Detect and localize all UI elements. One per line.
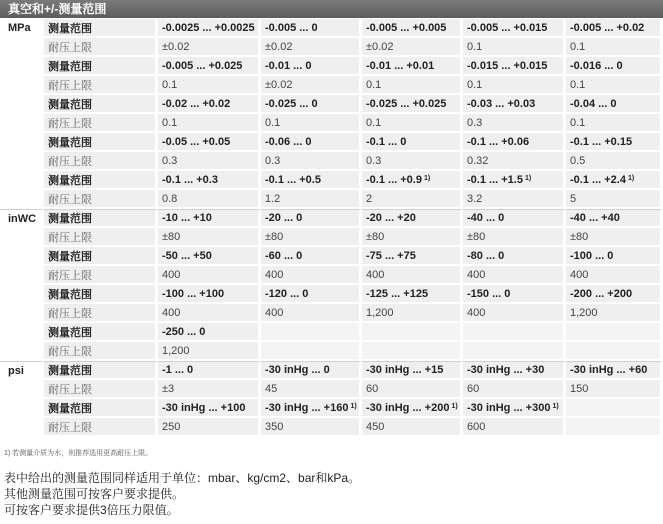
cell-text: -60 ... 0 — [265, 250, 302, 262]
cell-text: 0.3 — [366, 155, 381, 167]
range-label: 测量范围 — [44, 19, 158, 38]
table-row: inWC测量范围-10 ... +10-20 ... 0-20 ... +20-… — [0, 209, 663, 228]
cell-text: 60 — [366, 383, 378, 395]
limit-value: 1.2 — [261, 190, 362, 209]
range-value: -40 ... +40 — [566, 209, 663, 228]
limit-value — [261, 342, 362, 361]
limit-value: 60 — [362, 380, 463, 399]
cell-text: ±80 — [570, 231, 588, 243]
cell-text: 600 — [467, 421, 485, 433]
limit-value: 1,200 — [566, 304, 663, 323]
range-value: -0.1 ... +0.5 — [261, 171, 362, 190]
limit-value: 400 — [566, 266, 663, 285]
cell-text: -0.005 ... +0.015 — [467, 22, 547, 34]
cell-text: 0.8 — [162, 193, 177, 205]
table-row: 测量范围-0.02 ... +0.02-0.025 ... 0-0.025 ..… — [0, 95, 663, 114]
range-value: -30 inHg ... 0 — [261, 361, 362, 380]
range-label: 测量范围 — [44, 285, 158, 304]
range-value: -20 ... +20 — [362, 209, 463, 228]
cell-text: ±80 — [265, 231, 283, 243]
range-label: 测量范围 — [44, 361, 158, 380]
range-value: -0.005 ... +0.025 — [158, 57, 261, 76]
cell-text: -0.05 ... +0.05 — [162, 136, 230, 148]
cell-text: 2 — [366, 193, 372, 205]
cell-text: -0.1 ... 0 — [366, 136, 406, 148]
cell-text: -0.06 ... 0 — [265, 136, 311, 148]
range-value: -0.05 ... +0.05 — [158, 133, 261, 152]
note-line: 其他测量范围可按客户要求提供。 — [4, 486, 360, 502]
limit-label: 耐压上限 — [44, 228, 158, 247]
cell-text: 5 — [570, 193, 576, 205]
cell-text: -30 inHg ... +60 — [570, 364, 647, 376]
range-value: -0.025 ... +0.025 — [362, 95, 463, 114]
limit-value: 400 — [158, 304, 261, 323]
limit-label: 耐压上限 — [44, 266, 158, 285]
cell-text: -0.005 ... +0.025 — [162, 60, 242, 72]
cell-text: -0.04 ... 0 — [570, 98, 616, 110]
cell-text: ±0.02 — [366, 41, 393, 53]
range-label: 测量范围 — [44, 133, 158, 152]
range-value: -0.02 ... +0.02 — [158, 95, 261, 114]
range-label: 测量范围 — [44, 247, 158, 266]
limit-value: 1,200 — [362, 304, 463, 323]
cell-text: 150 — [570, 383, 588, 395]
table-title: 真空和+/-测量范围 — [0, 0, 663, 18]
range-value: -0.1 ... +0.91) — [362, 171, 463, 190]
range-value: -0.005 ... +0.02 — [566, 19, 663, 38]
footnote-marker: 1) — [628, 175, 634, 182]
cell-text: 400 — [467, 269, 485, 281]
cell-text: 250 — [162, 421, 180, 433]
table-row: 测量范围-0.1 ... +0.3-0.1 ... +0.5-0.1 ... +… — [0, 171, 663, 190]
cell-text: -0.015 ... +0.015 — [467, 60, 547, 72]
cell-text: -75 ... +75 — [366, 250, 416, 262]
range-value: -30 inHg ... +1601) — [261, 399, 362, 418]
cell-text: 0.1 — [570, 117, 585, 129]
cell-text: -100 ... +100 — [162, 288, 224, 300]
cell-text: ±80 — [467, 231, 485, 243]
range-value: -0.1 ... +0.06 — [463, 133, 566, 152]
cell-text: -80 ... 0 — [467, 250, 504, 262]
range-label: 测量范围 — [44, 171, 158, 190]
range-value: -0.1 ... +0.3 — [158, 171, 261, 190]
limit-value: 0.1 — [362, 76, 463, 95]
cell-text: -0.1 ... +0.5 — [265, 174, 321, 186]
limit-value: 0.1 — [566, 76, 663, 95]
footnote: 1) 若测量介质为水，则推荐选用更高耐压上限。 — [4, 448, 152, 458]
cell-text: 0.1 — [467, 41, 482, 53]
limit-value: ±0.02 — [261, 38, 362, 57]
cell-text: -150 ... 0 — [467, 288, 510, 300]
cell-text: -0.1 ... +0.9 — [366, 174, 422, 186]
cell-text: 1.2 — [265, 193, 280, 205]
limit-value: 0.8 — [158, 190, 261, 209]
cell-text: -0.005 ... +0.02 — [570, 22, 644, 34]
cell-text: ±0.02 — [162, 41, 189, 53]
limit-value: 45 — [261, 380, 362, 399]
limit-value: 0.32 — [463, 152, 566, 171]
cell-text: 400 — [162, 269, 180, 281]
range-value: -0.06 ... 0 — [261, 133, 362, 152]
unit-label: inWC — [0, 209, 44, 361]
range-value: -0.01 ... +0.01 — [362, 57, 463, 76]
limit-value — [362, 342, 463, 361]
limit-value: 3.2 — [463, 190, 566, 209]
limit-value: 0.1 — [158, 76, 261, 95]
cell-text: -125 ... +125 — [366, 288, 428, 300]
notes: 表中给出的测量范围同样适用于单位：mbar、kg/cm2、bar和kPa。 其他… — [4, 470, 360, 518]
cell-text: ±0.02 — [265, 41, 292, 53]
limit-value: 600 — [463, 418, 566, 437]
range-value: -40 ... 0 — [463, 209, 566, 228]
table-row: 测量范围-250 ... 0 — [0, 323, 663, 342]
cell-text: 0.3 — [467, 117, 482, 129]
cell-text: 400 — [366, 269, 384, 281]
cell-text: 0.1 — [570, 41, 585, 53]
cell-text: 0.1 — [162, 117, 177, 129]
cell-text: -30 inHg ... +200 — [366, 402, 449, 414]
table-row: 耐压上限250350450600 — [0, 418, 663, 437]
cell-text: -30 inHg ... +15 — [366, 364, 443, 376]
table-row: MPa测量范围-0.0025 ... +0.0025-0.005 ... 0-0… — [0, 19, 663, 38]
limit-value — [463, 342, 566, 361]
cell-text: 0.1 — [366, 79, 381, 91]
cell-text: -0.005 ... 0 — [265, 22, 318, 34]
cell-text: 0.32 — [467, 155, 488, 167]
limit-value: 400 — [463, 266, 566, 285]
cell-text: ±80 — [366, 231, 384, 243]
cell-text: -30 inHg ... +100 — [162, 402, 245, 414]
cell-text: -0.025 ... 0 — [265, 98, 318, 110]
limit-value: 1,200 — [158, 342, 261, 361]
limit-value: 400 — [362, 266, 463, 285]
limit-label: 耐压上限 — [44, 114, 158, 133]
range-value: -30 inHg ... +15 — [362, 361, 463, 380]
table-body: MPa测量范围-0.0025 ... +0.0025-0.005 ... 0-0… — [0, 19, 663, 437]
limit-value: 450 — [362, 418, 463, 437]
table-row: 耐压上限400400400400400 — [0, 266, 663, 285]
range-value: -30 inHg ... +100 — [158, 399, 261, 418]
limit-value: 350 — [261, 418, 362, 437]
cell-text: 45 — [265, 383, 277, 395]
cell-text: -40 ... +40 — [570, 212, 620, 224]
table-row: 耐压上限0.1±0.020.10.10.1 — [0, 76, 663, 95]
cell-text: -0.1 ... +0.06 — [467, 136, 529, 148]
limit-value: 0.5 — [566, 152, 663, 171]
note-line: 表中给出的测量范围同样适用于单位：mbar、kg/cm2、bar和kPa。 — [4, 470, 360, 486]
limit-value: ±80 — [566, 228, 663, 247]
cell-text: -0.01 ... +0.01 — [366, 60, 434, 72]
limit-value: 400 — [261, 266, 362, 285]
measurement-range-table: MPa测量范围-0.0025 ... +0.0025-0.005 ... 0-0… — [0, 19, 663, 437]
limit-label: 耐压上限 — [44, 190, 158, 209]
table-row: 测量范围-0.005 ... +0.025-0.01 ... 0-0.01 ..… — [0, 57, 663, 76]
cell-text: 1,200 — [162, 345, 190, 357]
cell-text: -0.1 ... +0.15 — [570, 136, 632, 148]
cell-text: 0.1 — [570, 79, 585, 91]
limit-value: 0.1 — [566, 114, 663, 133]
footnote-marker: 1) — [525, 175, 531, 182]
cell-text: -0.02 ... +0.02 — [162, 98, 230, 110]
limit-value: ±80 — [261, 228, 362, 247]
footnote-marker: 1) — [552, 403, 558, 410]
limit-value: ±0.02 — [362, 38, 463, 57]
range-value: -0.015 ... +0.015 — [463, 57, 566, 76]
cell-text: -50 ... +50 — [162, 250, 212, 262]
limit-label: 耐压上限 — [44, 342, 158, 361]
unit-label: MPa — [0, 19, 44, 209]
range-label: 测量范围 — [44, 57, 158, 76]
footnote-marker: 1) — [451, 403, 457, 410]
cell-text: -20 ... +20 — [366, 212, 416, 224]
limit-value: ±0.02 — [158, 38, 261, 57]
limit-value: 0.1 — [463, 76, 566, 95]
cell-text: -30 inHg ... +160 — [265, 402, 348, 414]
table-row: 测量范围-100 ... +100-120 ... 0-125 ... +125… — [0, 285, 663, 304]
range-value: -250 ... 0 — [158, 323, 261, 342]
range-label: 测量范围 — [44, 95, 158, 114]
note-line: 可按客户要求提供3倍压力限值。 — [4, 502, 360, 518]
range-value: -0.025 ... 0 — [261, 95, 362, 114]
cell-text: -0.01 ... 0 — [265, 60, 311, 72]
table-row: 耐压上限4004001,2004001,200 — [0, 304, 663, 323]
cell-text: 0.1 — [366, 117, 381, 129]
cell-text: -30 inHg ... +30 — [467, 364, 544, 376]
table-row: 耐压上限±80±80±80±80±80 — [0, 228, 663, 247]
cell-text: ±80 — [162, 231, 180, 243]
range-value — [463, 323, 566, 342]
limit-value: ±80 — [362, 228, 463, 247]
limit-value: ±3 — [158, 380, 261, 399]
cell-text: -30 inHg ... +300 — [467, 402, 550, 414]
table-row: 测量范围-30 inHg ... +100-30 inHg ... +1601)… — [0, 399, 663, 418]
cell-text: 0.1 — [265, 117, 280, 129]
cell-text: 0.3 — [265, 155, 280, 167]
cell-text: 400 — [467, 307, 485, 319]
limit-label: 耐压上限 — [44, 76, 158, 95]
range-value: -100 ... +100 — [158, 285, 261, 304]
range-value: -0.016 ... 0 — [566, 57, 663, 76]
range-value: -50 ... +50 — [158, 247, 261, 266]
cell-text: -0.1 ... +0.3 — [162, 174, 218, 186]
cell-text: -250 ... 0 — [162, 326, 205, 338]
range-value: -20 ... 0 — [261, 209, 362, 228]
table-row: 耐压上限±3456060150 — [0, 380, 663, 399]
range-label: 测量范围 — [44, 399, 158, 418]
cell-text: -40 ... 0 — [467, 212, 504, 224]
cell-text: -0.025 ... +0.025 — [366, 98, 446, 110]
table-row: 耐压上限0.81.223.25 — [0, 190, 663, 209]
range-value: -10 ... +10 — [158, 209, 261, 228]
limit-label: 耐压上限 — [44, 380, 158, 399]
cell-text: -1 ... 0 — [162, 364, 193, 376]
range-label: 测量范围 — [44, 209, 158, 228]
cell-text: 1,200 — [570, 307, 598, 319]
range-value — [261, 323, 362, 342]
range-value: -0.1 ... 0 — [362, 133, 463, 152]
range-value: -0.1 ... +0.15 — [566, 133, 663, 152]
range-value: -200 ... +200 — [566, 285, 663, 304]
limit-value — [566, 342, 663, 361]
cell-text: 1,200 — [366, 307, 394, 319]
range-value: -0.04 ... 0 — [566, 95, 663, 114]
range-value: -125 ... +125 — [362, 285, 463, 304]
limit-value: 0.3 — [158, 152, 261, 171]
cell-text: 400 — [265, 269, 283, 281]
range-value: -30 inHg ... +30 — [463, 361, 566, 380]
cell-text: -30 inHg ... 0 — [265, 364, 330, 376]
range-value: -30 inHg ... +60 — [566, 361, 663, 380]
limit-value: 60 — [463, 380, 566, 399]
table-row: 测量范围-50 ... +50-60 ... 0-75 ... +75-80 .… — [0, 247, 663, 266]
limit-value: 400 — [463, 304, 566, 323]
cell-text: 0.5 — [570, 155, 585, 167]
cell-text: -10 ... +10 — [162, 212, 212, 224]
limit-value: 0.1 — [158, 114, 261, 133]
cell-text: -0.005 ... +0.005 — [366, 22, 446, 34]
limit-label: 耐压上限 — [44, 38, 158, 57]
range-value — [566, 399, 663, 418]
cell-text: 0.3 — [162, 155, 177, 167]
limit-value: 0.1 — [261, 114, 362, 133]
cell-text: -0.1 ... +2.4 — [570, 174, 626, 186]
footnote-marker: 1) — [424, 175, 430, 182]
cell-text: 350 — [265, 421, 283, 433]
range-value: -30 inHg ... +2001) — [362, 399, 463, 418]
limit-value: 150 — [566, 380, 663, 399]
limit-value: 0.3 — [463, 114, 566, 133]
range-value: -1 ... 0 — [158, 361, 261, 380]
limit-value: 0.1 — [566, 38, 663, 57]
cell-text: ±3 — [162, 383, 174, 395]
range-value: -0.005 ... 0 — [261, 19, 362, 38]
limit-value: 0.3 — [362, 152, 463, 171]
unit-label: psi — [0, 361, 44, 437]
range-value: -0.1 ... +1.51) — [463, 171, 566, 190]
table-row: 测量范围-0.05 ... +0.05-0.06 ... 0-0.1 ... 0… — [0, 133, 663, 152]
range-value: -0.1 ... +2.41) — [566, 171, 663, 190]
range-value: -80 ... 0 — [463, 247, 566, 266]
range-value: -30 inHg ... +3001) — [463, 399, 566, 418]
table-row: 耐压上限1,200 — [0, 342, 663, 361]
cell-text: 0.1 — [162, 79, 177, 91]
range-value: -60 ... 0 — [261, 247, 362, 266]
cell-text: ±0.02 — [265, 79, 292, 91]
limit-value — [566, 418, 663, 437]
range-value: -0.03 ... +0.03 — [463, 95, 566, 114]
limit-value: 0.1 — [362, 114, 463, 133]
limit-label: 耐压上限 — [44, 418, 158, 437]
limit-value: 5 — [566, 190, 663, 209]
range-value: -0.005 ... +0.015 — [463, 19, 566, 38]
limit-value: ±80 — [463, 228, 566, 247]
limit-value: 400 — [158, 266, 261, 285]
range-value: -150 ... 0 — [463, 285, 566, 304]
table-row: 耐压上限±0.02±0.02±0.020.10.1 — [0, 38, 663, 57]
cell-text: 400 — [265, 307, 283, 319]
cell-text: -0.016 ... 0 — [570, 60, 623, 72]
range-value: -0.005 ... +0.005 — [362, 19, 463, 38]
range-value: -0.0025 ... +0.0025 — [158, 19, 261, 38]
cell-text: -0.1 ... +1.5 — [467, 174, 523, 186]
range-value — [362, 323, 463, 342]
limit-value: ±80 — [158, 228, 261, 247]
limit-value: ±0.02 — [261, 76, 362, 95]
limit-value: 250 — [158, 418, 261, 437]
cell-text: -0.03 ... +0.03 — [467, 98, 535, 110]
cell-text: 400 — [570, 269, 588, 281]
footnote-marker: 1) — [350, 403, 356, 410]
cell-text: 450 — [366, 421, 384, 433]
range-value: -100 ... 0 — [566, 247, 663, 266]
cell-text: -100 ... 0 — [570, 250, 613, 262]
cell-text: 60 — [467, 383, 479, 395]
range-value: -0.01 ... 0 — [261, 57, 362, 76]
cell-text: 400 — [162, 307, 180, 319]
limit-label: 耐压上限 — [44, 152, 158, 171]
range-value: -120 ... 0 — [261, 285, 362, 304]
cell-text: 3.2 — [467, 193, 482, 205]
cell-text: -20 ... 0 — [265, 212, 302, 224]
range-label: 测量范围 — [44, 323, 158, 342]
table-row: 耐压上限0.30.30.30.320.5 — [0, 152, 663, 171]
table-row: 耐压上限0.10.10.10.30.1 — [0, 114, 663, 133]
limit-value: 2 — [362, 190, 463, 209]
cell-text: -120 ... 0 — [265, 288, 308, 300]
cell-text: -200 ... +200 — [570, 288, 632, 300]
limit-value: 0.3 — [261, 152, 362, 171]
limit-label: 耐压上限 — [44, 304, 158, 323]
limit-value: 0.1 — [463, 38, 566, 57]
table-row: psi测量范围-1 ... 0-30 inHg ... 0-30 inHg ..… — [0, 361, 663, 380]
range-value — [566, 323, 663, 342]
cell-text: 0.1 — [467, 79, 482, 91]
range-value: -75 ... +75 — [362, 247, 463, 266]
cell-text: -0.0025 ... +0.0025 — [162, 22, 255, 34]
limit-value: 400 — [261, 304, 362, 323]
